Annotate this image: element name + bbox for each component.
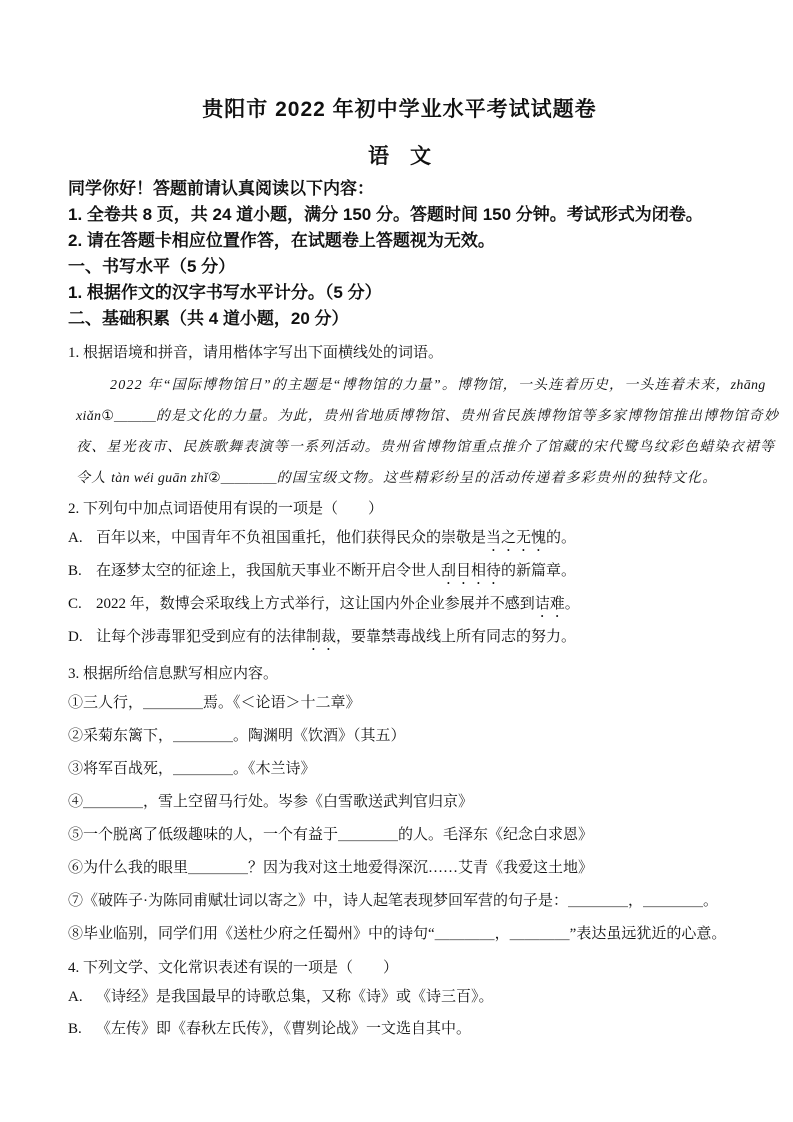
recitation-item-6: ⑥为什么我的眼里＿＿＿＿？因为我对这土地爱得深沉……艾青《我爱这土地》 [68,852,731,885]
fill-blank-1: ①＿＿＿ [101,409,156,424]
option-label: A. [68,981,84,1013]
q1-passage: 2022 年“国际博物馆日”的主题是“博物馆的力量”。博物馆，一头连着历史，一头… [76,370,731,494]
option-text: 。 [565,596,580,612]
section-writing-item: 1. 根据作文的汉字书写水平计分。（5 分） [68,280,731,306]
emphasized-word: 制裁 [306,629,336,645]
q1-stem: 1. 根据语境和拼音，请用楷体字写出下面横线处的词语。 [68,340,731,366]
passage-text: 夜、星光夜市、民族歌舞表演等一系列活动。贵州省博物馆重点推介了馆藏的宋代鹭鸟纹彩… [76,440,775,455]
recitation-item-5: ⑤一个脱离了低级趣味的人，一个有益于＿＿＿＿的人。毛泽东《纪念白求恩》 [68,819,731,852]
subject-title: 语 文 [68,142,731,172]
passage-line-1: 2022 年“国际博物馆日”的主题是“博物馆的力量”。博物馆，一头连着历史，一头… [76,370,731,401]
option-label: A. [68,522,84,554]
option-text: 百年以来，中国青年不负祖国重托，他们获得民众的崇敬是 [96,530,486,546]
exam-paper-page: 贵阳市 2022 年初中学业水平考试试题卷 语 文 同学你好！答题前请认真阅读以… [0,0,793,1122]
passage-line-3: 夜、星光夜市、民族歌舞表演等一系列活动。贵州省博物馆重点推介了馆藏的宋代鹭鸟纹彩… [76,432,731,463]
q4-stem: 4. 下列文学、文化常识表述有误的一项是（ ） [68,955,731,981]
emphasized-word: 刮目相待 [441,563,501,579]
recitation-item-2: ②采菊东篱下，＿＿＿＿。陶渊明《饮酒》（其五） [68,720,731,753]
q2-option-b: B.在逐梦太空的征途上，我国航天事业不断开启令世人刮目相待的新篇章。 [68,555,731,588]
recitation-item-7: ⑦《破阵子·为陈同甫赋壮词以寄之》中，诗人起笔表现梦回军营的句子是：＿＿＿＿，＿… [68,885,731,918]
q2-stem: 2. 下列句中加点词语使用有误的一项是（ ） [68,496,731,522]
section-writing-heading: 一、书写水平（5 分） [68,254,731,280]
passage-line-4: 令人 tàn wéi guān zhǐ②＿＿＿＿的国宝级文物。这些精彩纷呈的活动… [76,463,731,494]
q2-option-d: D.让每个涉毒罪犯受到应有的法律制裁，要靠禁毒战线上所有同志的努力。 [68,621,731,654]
option-text: 让每个涉毒罪犯受到应有的法律 [96,629,306,645]
option-label: B. [68,1013,84,1045]
emphasized-word: 诘难 [535,596,565,612]
pinyin-xian: xiǎn [76,409,101,424]
notice-item-1: 1. 全卷共 8 页，共 24 道小题，满分 150 分。答题时间 150 分钟… [68,202,731,228]
passage-text: 的国宝级文物。这些精彩纷呈的活动传递着多彩贵州的独特文化。 [277,471,718,486]
option-label: B. [68,555,84,587]
notice-intro: 同学你好！答题前请认真阅读以下内容： [68,176,731,202]
option-text: ，要靠禁毒战线上所有同志的努力。 [336,629,576,645]
option-text: 《左传》即《春秋左氏传》，《曹刿论战》一文选自其中。 [96,1021,471,1037]
recitation-item-4: ④＿＿＿＿，雪上空留马行处。岑参《白雪歌送武判官归京》 [68,786,731,819]
notice-item-2: 2. 请在答题卡相应位置作答，在试题卷上答题视为无效。 [68,228,731,254]
option-text: 在逐梦太空的征途上，我国航天事业不断开启令世人 [96,563,441,579]
page-title: 贵阳市 2022 年初中学业水平考试试题卷 [68,96,731,124]
fill-blank-2: ②＿＿＿＿ [208,471,277,486]
q2-option-a: A.百年以来，中国青年不负祖国重托，他们获得民众的崇敬是当之无愧的。 [68,522,731,555]
pinyin-tanweiguanzhi: tàn wéi guān zhǐ [111,471,208,486]
recitation-item-3: ③将军百战死，＿＿＿＿。《木兰诗》 [68,753,731,786]
option-label: C. [68,588,84,620]
passage-text: 的是文化的力量。为此，贵州省地质博物馆、贵州省民族博物馆等多家博物馆推出博物馆奇… [156,409,779,424]
option-text: 的新篇章。 [501,563,576,579]
passage-line-2: xiǎn①＿＿＿的是文化的力量。为此，贵州省地质博物馆、贵州省民族博物馆等多家博… [76,401,731,432]
passage-text: 令人 [76,471,111,486]
recitation-item-8: ⑧毕业临别，同学们用《送杜少府之任蜀州》中的诗句“＿＿＿＿，＿＿＿＿”表达虽远犹… [68,918,731,951]
pinyin-zhang: zhāng [731,378,766,393]
passage-text: 2022 年“国际博物馆日”的主题是“博物馆的力量”。博物馆，一头连着历史，一头… [110,378,731,393]
q2-option-c: C.2022 年，数博会采取线上方式举行，这让国内外企业参展并不感到诘难。 [68,588,731,621]
option-text: 《诗经》是我国最早的诗歌总集，又称《诗》或《诗三百》。 [96,989,494,1005]
section-foundation-heading: 二、基础积累（共 4 道小题，20 分） [68,306,731,332]
option-text: 的。 [546,530,576,546]
q4-option-b: B.《左传》即《春秋左氏传》，《曹刿论战》一文选自其中。 [68,1013,731,1045]
option-label: D. [68,621,84,653]
option-text: 2022 年，数博会采取线上方式举行，这让国内外企业参展并不感到 [96,596,535,612]
recitation-item-1: ①三人行，＿＿＿＿焉。《＜论语＞十二章》 [68,687,731,720]
q3-stem: 3. 根据所给信息默写相应内容。 [68,661,731,687]
emphasized-word: 当之无愧 [486,530,546,546]
q4-option-a: A.《诗经》是我国最早的诗歌总集，又称《诗》或《诗三百》。 [68,981,731,1013]
